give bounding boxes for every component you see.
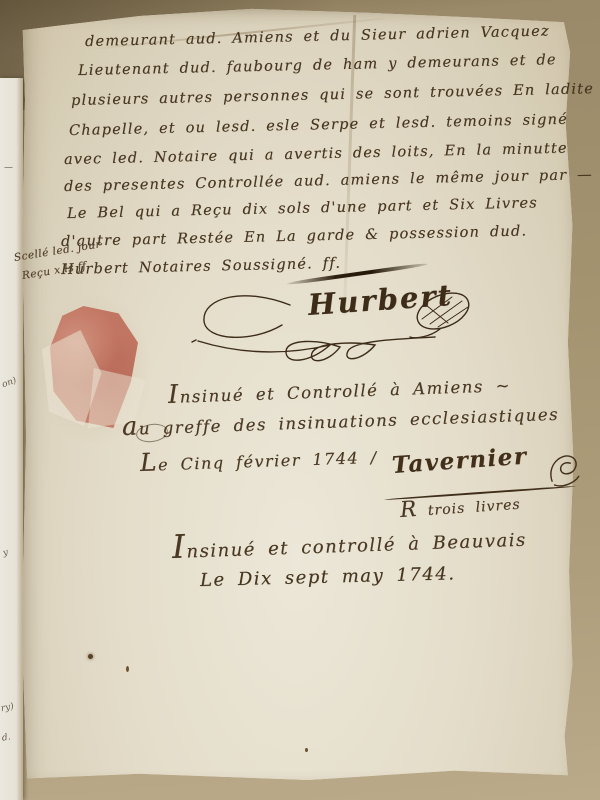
ink-spot [305, 748, 308, 752]
under-page-ink-fragment: on) [1, 376, 18, 390]
photograph-of-manuscript: — on) y ry) d. demeurant aud. Amiens et … [0, 0, 600, 800]
under-page-ink-fragment: ry) [0, 702, 15, 714]
under-page-ink-fragment: y [2, 548, 10, 559]
under-page-ink-fragment: d. [1, 732, 11, 743]
underlying-page-edge: — on) y ry) d. [0, 78, 23, 800]
ink-spot [88, 654, 93, 659]
signature-paraph [543, 448, 583, 492]
ink-spot [126, 666, 129, 672]
under-page-ink-fragment: — [4, 163, 13, 173]
